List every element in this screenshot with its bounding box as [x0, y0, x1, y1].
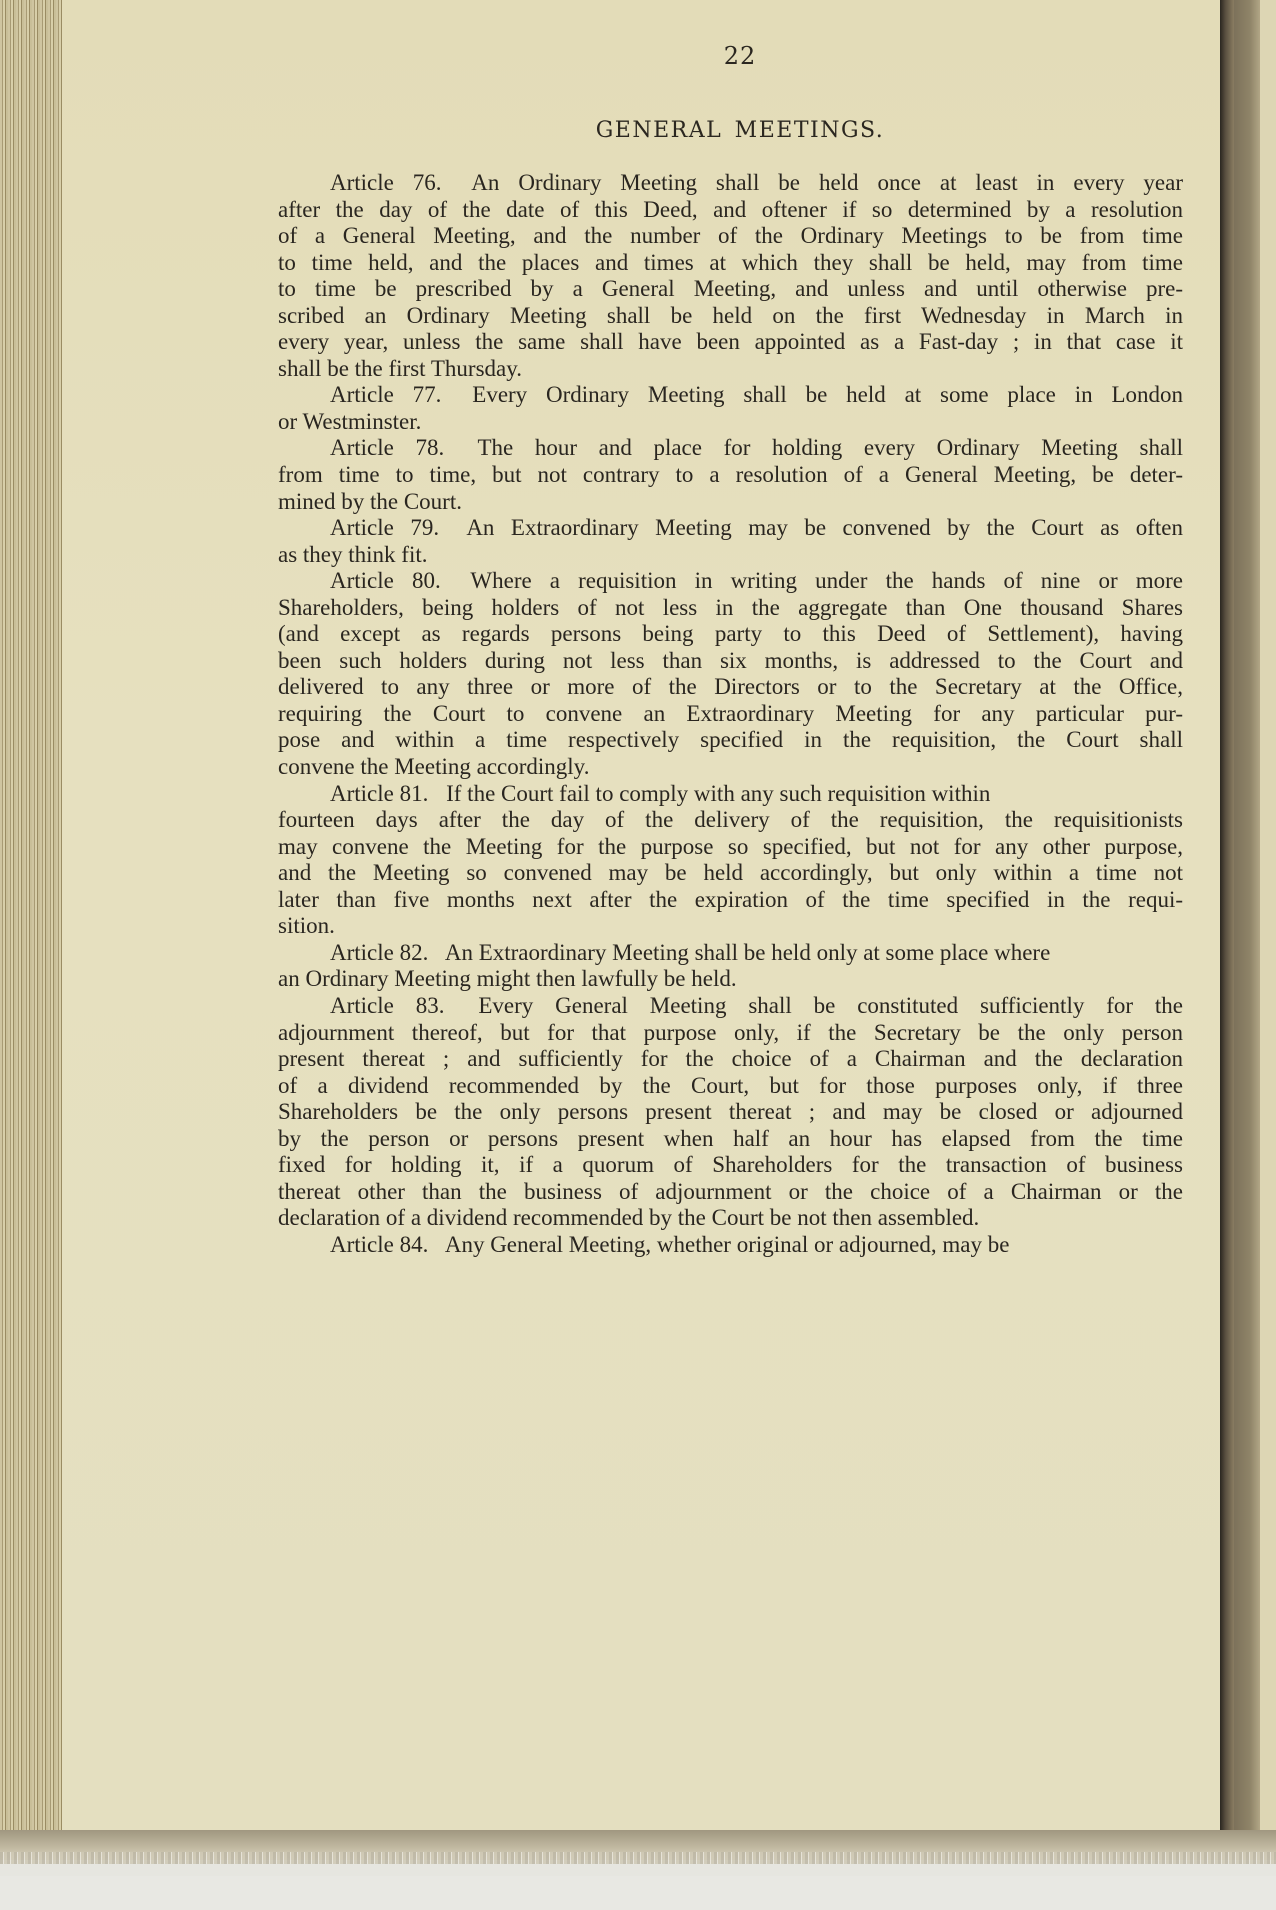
book-page-edges [0, 0, 62, 1830]
line-text: If the Court fail to comply with any suc… [446, 781, 990, 806]
text-line: Article 84. Any General Meeting, whether… [278, 1232, 1183, 1259]
text-line: fourteen days after the day of the deliv… [278, 807, 1183, 834]
text-line: Article 83. Every General Meeting shall … [278, 993, 1183, 1020]
text-line: delivered to any three or more of the Di… [278, 674, 1183, 701]
line-text: An Extraordinary Meeting shall be held o… [445, 940, 1050, 965]
text-line: adjournment thereof, but for that purpos… [278, 1020, 1183, 1047]
text-line: fixed for holding it, if a quorum of Sha… [278, 1152, 1183, 1179]
text-line: or Westminster. [278, 409, 1183, 436]
text-line: Article 76. An Ordinary Meeting shall be… [278, 170, 1183, 197]
text-line: later than five months next after the ex… [278, 887, 1183, 914]
article-number: Article 82. [330, 940, 428, 965]
scanner-bed [0, 1876, 1276, 1910]
line-text: Where a requisition in writing under the… [470, 568, 1183, 593]
article-number: Article 80. [330, 568, 441, 593]
text-line: scribed an Ordinary Meeting shall be hel… [278, 303, 1183, 330]
text-line: pose and within a time respectively spec… [278, 727, 1183, 754]
text-line: present thereat ; and sufficiently for t… [278, 1046, 1183, 1073]
text-line: Shareholders, being holders of not less … [278, 595, 1183, 622]
text-line: Article 80. Where a requisition in writi… [278, 568, 1183, 595]
line-text: requiring the Court to convene an Extrao… [278, 701, 1183, 726]
line-text: fourteen days after the day of the deliv… [278, 807, 1183, 832]
line-text: may convene the Meeting for the purpose … [278, 834, 1183, 859]
text-line: may convene the Meeting for the purpose … [278, 834, 1183, 861]
text-line: declaration of a dividend recommended by… [278, 1205, 1183, 1232]
line-text: thereat other than the business of adjou… [278, 1179, 1183, 1204]
scan-bottom-speckle [0, 1852, 1276, 1864]
line-text: delivered to any three or more of the Di… [278, 674, 1183, 699]
text-line: convene the Meeting accordingly. [278, 754, 1183, 781]
line-text: Shareholders, being holders of not less … [278, 595, 1183, 620]
page-number: 22 [0, 42, 1276, 70]
article-paragraph: Article 78. The hour and place for holdi… [278, 435, 1183, 515]
line-text: shall be the first Thursday. [278, 356, 522, 381]
line-text: of a dividend recommended by the Court, … [278, 1073, 1183, 1098]
line-text: An Extraordinary Meeting may be convened… [466, 515, 1183, 540]
line-text: to time be prescribed by a General Meeti… [278, 276, 1183, 301]
text-line: of a dividend recommended by the Court, … [278, 1073, 1183, 1100]
articles-text: Article 76. An Ordinary Meeting shall be… [278, 170, 1183, 1258]
article-paragraph: Article 76. An Ordinary Meeting shall be… [278, 170, 1183, 382]
line-text: later than five months next after the ex… [278, 887, 1183, 912]
line-text: adjournment thereof, but for that purpos… [278, 1020, 1183, 1045]
line-text: pose and within a time respectively spec… [278, 727, 1183, 752]
text-line: requiring the Court to convene an Extrao… [278, 701, 1183, 728]
line-text: An Ordinary Meeting shall be held once a… [471, 170, 1183, 195]
text-line: of a General Meeting, and the number of … [278, 223, 1183, 250]
text-line: to time held, and the places and times a… [278, 250, 1183, 277]
text-line: mined by the Court. [278, 489, 1183, 516]
line-text: convene the Meeting accordingly. [278, 754, 589, 779]
text-line: Article 78. The hour and place for holdi… [278, 435, 1183, 462]
article-paragraph: Article 82. An Extraordinary Meeting sha… [278, 940, 1183, 993]
line-text: Every General Meeting shall be constitut… [478, 993, 1183, 1018]
article-number: Article 78. [330, 435, 444, 460]
line-text: Every Ordinary Meeting shall be held at … [472, 382, 1183, 407]
line-text: present thereat ; and sufficiently for t… [278, 1046, 1183, 1071]
text-line: and the Meeting so convened may be held … [278, 860, 1183, 887]
line-text: (and except as regards persons being par… [278, 621, 1183, 646]
article-number: Article 84. [330, 1232, 428, 1257]
line-text: fixed for holding it, if a quorum of Sha… [278, 1152, 1183, 1177]
article-paragraph: Article 84. Any General Meeting, whether… [278, 1232, 1183, 1259]
line-text: an Ordinary Meeting might then lawfully … [278, 966, 737, 991]
text-line: Article 81. If the Court fail to comply … [278, 781, 1183, 808]
line-text: The hour and place for holding every Ord… [477, 435, 1183, 460]
line-text: from time to time, but not contrary to a… [278, 462, 1183, 487]
article-number: Article 76. [330, 170, 442, 195]
article-paragraph: Article 81. If the Court fail to comply … [278, 781, 1183, 940]
article-paragraph: Article 77. Every Ordinary Meeting shall… [278, 382, 1183, 435]
article-number: Article 79. [330, 515, 439, 540]
line-text: to time held, and the places and times a… [278, 250, 1183, 275]
text-line: after the day of the date of this Deed, … [278, 197, 1183, 224]
text-line: been such holders during not less than s… [278, 648, 1183, 675]
text-line: from time to time, but not contrary to a… [278, 462, 1183, 489]
line-text: as they think fit. [278, 542, 427, 567]
line-text: scribed an Ordinary Meeting shall be hel… [278, 303, 1183, 328]
text-line: as they think fit. [278, 542, 1183, 569]
line-text: mined by the Court. [278, 489, 462, 514]
article-paragraph: Article 79. An Extraordinary Meeting may… [278, 515, 1183, 568]
line-text: or Westminster. [278, 409, 421, 434]
section-title: GENERAL MEETINGS. [0, 118, 1276, 143]
line-text: and the Meeting so convened may be held … [278, 860, 1183, 885]
text-line: sition. [278, 913, 1183, 940]
text-line: by the person or persons present when ha… [278, 1126, 1183, 1153]
article-number: Article 77. [330, 382, 441, 407]
text-line: (and except as regards persons being par… [278, 621, 1183, 648]
text-line: to time be prescribed by a General Meeti… [278, 276, 1183, 303]
line-text: every year, unless the same shall have b… [278, 329, 1183, 354]
text-line: an Ordinary Meeting might then lawfully … [278, 966, 1183, 993]
text-line: Article 77. Every Ordinary Meeting shall… [278, 382, 1183, 409]
text-line: every year, unless the same shall have b… [278, 329, 1183, 356]
line-text: Any General Meeting, whether original or… [445, 1232, 1010, 1257]
article-number: Article 83. [330, 993, 444, 1018]
line-text: been such holders during not less than s… [278, 648, 1183, 673]
book-gutter [1220, 0, 1234, 1830]
text-line: Shareholders be the only persons present… [278, 1099, 1183, 1126]
article-paragraph: Article 80. Where a requisition in writi… [278, 568, 1183, 780]
line-text: after the day of the date of this Deed, … [278, 197, 1183, 222]
text-line: shall be the first Thursday. [278, 356, 1183, 383]
text-line: Article 79. An Extraordinary Meeting may… [278, 515, 1183, 542]
text-line: Article 82. An Extraordinary Meeting sha… [278, 940, 1183, 967]
line-text: sition. [278, 913, 335, 938]
next-page-strip [1260, 0, 1276, 1830]
text-line: thereat other than the business of adjou… [278, 1179, 1183, 1206]
article-number: Article 81. [330, 781, 428, 806]
line-text: Shareholders be the only persons present… [278, 1099, 1183, 1124]
line-text: of a General Meeting, and the number of … [278, 223, 1183, 248]
article-paragraph: Article 83. Every General Meeting shall … [278, 993, 1183, 1232]
line-text: by the person or persons present when ha… [278, 1126, 1183, 1151]
line-text: declaration of a dividend recommended by… [278, 1205, 979, 1230]
